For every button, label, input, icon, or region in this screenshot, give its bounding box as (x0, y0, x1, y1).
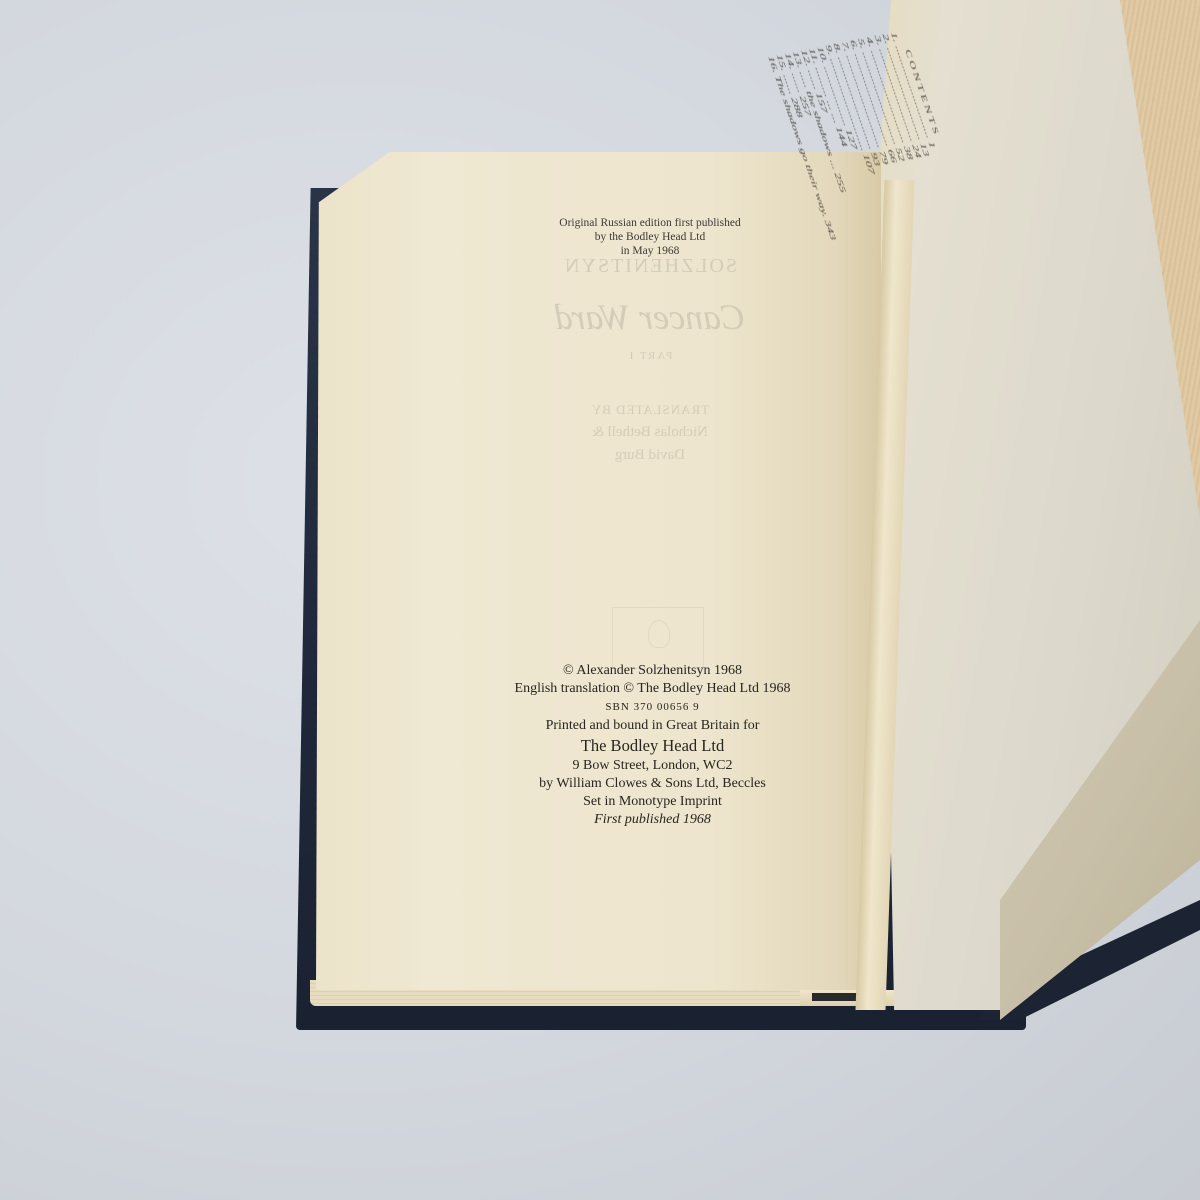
address-line: 9 Bow Street, London, WC2 (495, 757, 810, 775)
copyright-line: © Alexander Solzhenitsyn 1968 (495, 662, 810, 680)
printed-for-line: Printed and bound in Great Britain for (495, 717, 810, 735)
showthrough-translated-by: TRANSLATED BY (505, 402, 795, 418)
showthrough-translator: Nicholas Bethell & (505, 424, 795, 441)
title-page-showthrough: SOLZHENITSYN Cancer Ward PART I TRANSLAT… (505, 255, 795, 464)
photo-scene: Original Russian edition first published… (0, 0, 1200, 1200)
publisher-line: The Bodley Head Ltd (495, 735, 810, 757)
printer-line: by William Clowes & Sons Ltd, Beccles (495, 775, 810, 793)
imprint-block: © Alexander Solzhenitsyn 1968 English tr… (495, 662, 810, 830)
logo-head-shape (648, 620, 670, 648)
note-line: Original Russian edition first published (530, 216, 770, 230)
showthrough-translator: David Burg (505, 447, 795, 464)
first-published-line: First published 1968 (495, 811, 810, 829)
translation-line: English translation © The Bodley Head Lt… (495, 680, 810, 698)
typeface-line: Set in Monotype Imprint (495, 793, 810, 811)
showthrough-title: Cancer Ward (505, 296, 795, 338)
showthrough-author: SOLZHENITSYN (505, 255, 795, 278)
publisher-logo-showthrough-icon (612, 607, 704, 669)
showthrough-part: PART I (505, 350, 795, 362)
note-line: by the Bodley Head Ltd (530, 230, 770, 244)
first-edition-note: Original Russian edition first published… (530, 216, 770, 258)
sbn-line: SBN 370 00656 9 (495, 698, 810, 716)
